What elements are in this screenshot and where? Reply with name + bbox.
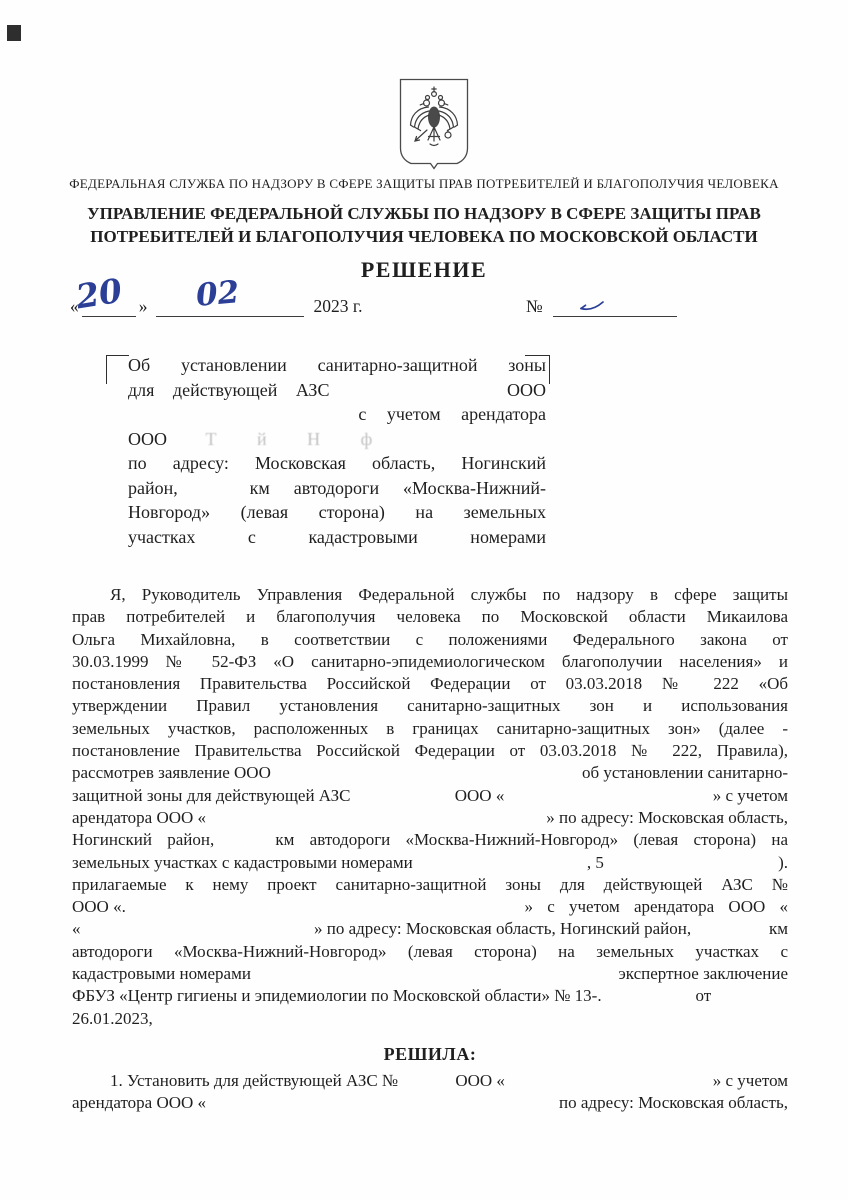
resolution-text: арендатора ООО « bbox=[72, 1092, 206, 1114]
document-title: РЕШЕНИЕ bbox=[0, 257, 848, 283]
body-text: » по адресу: Московская область, Ногинск… bbox=[314, 918, 691, 940]
document-number-line: № bbox=[526, 296, 677, 317]
body-text: об установлении санитарно- bbox=[582, 762, 788, 784]
body-text: » с учетом арендатора ООО « bbox=[524, 896, 788, 918]
body-text: , 5 bbox=[587, 852, 604, 874]
body-text: ООО «. bbox=[72, 896, 126, 918]
corner-mark-left bbox=[106, 355, 129, 384]
body-line: рассмотрев заявление ООО об установлении… bbox=[72, 762, 788, 784]
body-line: ФБУЗ «Центр гигиены и эпидемиологии по М… bbox=[72, 985, 788, 1007]
resolution-line: 1. Установить для действующей АЗС № ООО … bbox=[72, 1070, 788, 1092]
body-text: ООО « bbox=[455, 785, 505, 807]
body-line: 26.01.2023, bbox=[72, 1008, 788, 1030]
body-line: постановление Правительства Российской Ф… bbox=[72, 740, 788, 762]
handwritten-month: 02 bbox=[195, 274, 241, 314]
body-text: экспертное заключение bbox=[618, 963, 788, 985]
subject-line: район, км автодороги «Москва-Нижний- bbox=[128, 476, 546, 501]
erased-ghost-text: Т й Н ф bbox=[206, 429, 373, 449]
body-text: защитной зоны для действующей АЗС bbox=[72, 785, 351, 807]
subject-line: по адресу: Московская область, Ногинский bbox=[128, 451, 546, 476]
resolution-line: арендатора ООО « по адресу: Московская о… bbox=[72, 1092, 788, 1114]
year-text: 2023 г. bbox=[314, 296, 363, 317]
resolution-text: » с учетом bbox=[713, 1070, 788, 1092]
body-line: арендатора ООО « » по адресу: Московская… bbox=[72, 807, 788, 829]
body-text: от bbox=[695, 985, 711, 1007]
handwritten-mark-icon bbox=[579, 300, 605, 312]
body-text: » по адресу: Московская область, bbox=[546, 807, 788, 829]
close-quote: » bbox=[139, 296, 148, 317]
number-sign: № bbox=[526, 296, 543, 317]
body-text: кадастровыми номерами bbox=[72, 963, 251, 985]
body-text: ФБУЗ «Центр гигиены и эпидемиологии по М… bbox=[72, 985, 602, 1007]
subject-block: Об установлении санитарно-защитной зоны … bbox=[128, 353, 546, 549]
coat-of-arms-icon bbox=[399, 78, 469, 170]
body-line: земельных участках с кадастровыми номера… bbox=[72, 852, 788, 874]
corner-mark-right bbox=[525, 355, 550, 384]
body-line: автодороги «Москва-Нижний-Новгород» (лев… bbox=[72, 941, 788, 963]
subject-line: ООО Т й Н ф bbox=[128, 427, 546, 452]
body-line: Я, Руководитель Управления Федеральной с… bbox=[72, 584, 788, 606]
subject-line: для действующей АЗС ООО bbox=[128, 378, 546, 403]
subject-line: участках с кадастровыми номерами bbox=[128, 525, 546, 550]
body-text: « bbox=[72, 918, 81, 940]
department-line2: ПОТРЕБИТЕЛЕЙ И БЛАГОПОЛУЧИЯ ЧЕЛОВЕКА ПО … bbox=[64, 225, 784, 248]
agency-name: ФЕДЕРАЛЬНАЯ СЛУЖБА ПО НАДЗОРУ В СФЕРЕ ЗА… bbox=[0, 176, 848, 192]
body-text: ). bbox=[778, 852, 788, 874]
handwritten-day: 20 bbox=[73, 271, 124, 317]
body-line: постановления Правительства Российской Ф… bbox=[72, 673, 788, 695]
body-line: Ольга Михайловна, в соответствии с полож… bbox=[72, 629, 788, 651]
subject-line: с учетом арендатора bbox=[128, 402, 546, 427]
resolution-text: по адресу: Московская область, bbox=[559, 1092, 788, 1114]
body-text: » с учетом bbox=[713, 785, 788, 807]
body-text: земельных участках с кадастровыми номера… bbox=[72, 852, 413, 874]
body-text: км bbox=[769, 918, 788, 940]
department-name: УПРАВЛЕНИЕ ФЕДЕРАЛЬНОЙ СЛУЖБЫ ПО НАДЗОРУ… bbox=[64, 202, 784, 248]
number-blank-line bbox=[553, 296, 677, 317]
subject-text: для действующей АЗС bbox=[128, 378, 329, 403]
resolution-block: 1. Установить для действующей АЗС № ООО … bbox=[72, 1070, 788, 1115]
body-line: кадастровыми номерами экспертное заключе… bbox=[72, 963, 788, 985]
body-paragraph: Я, Руководитель Управления Федеральной с… bbox=[72, 584, 788, 1030]
resolution-text: ООО « bbox=[455, 1070, 505, 1092]
body-line: 30.03.1999 № 52-ФЗ «О санитарно-эпидемио… bbox=[72, 651, 788, 673]
body-line: утверждении Правил установления санитарн… bbox=[72, 695, 788, 717]
subject-text: ООО bbox=[128, 429, 167, 449]
subject-line: Об установлении санитарно-защитной зоны bbox=[128, 353, 546, 378]
department-line1: УПРАВЛЕНИЕ ФЕДЕРАЛЬНОЙ СЛУЖБЫ ПО НАДЗОРУ… bbox=[64, 202, 784, 225]
body-line: « » по адресу: Московская область, Ногин… bbox=[72, 918, 788, 940]
subject-line: Новгород» (левая сторона) на земельных bbox=[128, 500, 546, 525]
resolution-heading: РЕШИЛА: bbox=[72, 1044, 788, 1065]
body-line: прав потребителей и благополучия человек… bbox=[72, 606, 788, 628]
scan-artifact-square bbox=[7, 25, 21, 41]
resolution-text: 1. Установить для действующей АЗС № bbox=[110, 1070, 398, 1092]
body-line: защитной зоны для действующей АЗС ООО « … bbox=[72, 785, 788, 807]
body-text: арендатора ООО « bbox=[72, 807, 206, 829]
body-line: земельных участков, расположенных в гран… bbox=[72, 718, 788, 740]
subject-text: с учетом арендатора bbox=[358, 402, 546, 427]
body-line: ООО «. » с учетом арендатора ООО « bbox=[72, 896, 788, 918]
document-page: ФЕДЕРАЛЬНАЯ СЛУЖБА ПО НАДЗОРУ В СФЕРЕ ЗА… bbox=[0, 0, 848, 1200]
body-line: прилагаемые к нему проект санитарно-защи… bbox=[72, 874, 788, 896]
body-line: Ногинский район, км автодороги «Москва-Н… bbox=[72, 829, 788, 851]
body-text: рассмотрев заявление ООО bbox=[72, 762, 271, 784]
